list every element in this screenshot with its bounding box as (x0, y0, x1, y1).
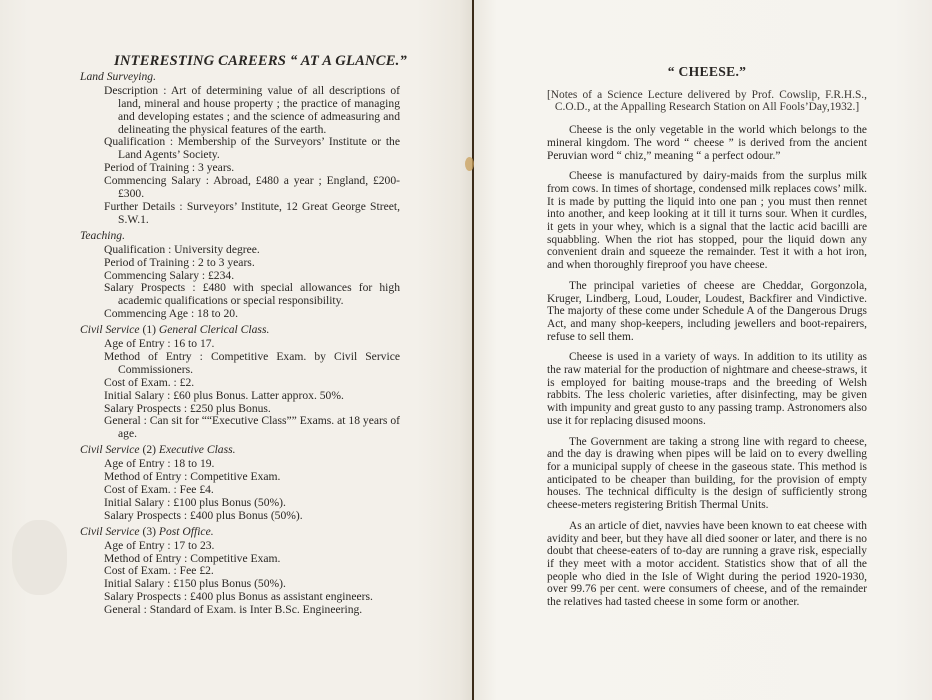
article-paragraph: Cheese is manufactured by dairy-maids fr… (547, 170, 867, 272)
career-entry: Period of Training : 2 to 3 years. (104, 257, 400, 270)
career-entry: Initial Salary : £60 plus Bonus. Latter … (104, 390, 400, 403)
heading-part: Post Office. (159, 525, 214, 538)
article-paragraph: Cheese is the only vegetable in the worl… (547, 124, 867, 162)
career-entry: Qualification : Membership of the Survey… (104, 136, 400, 162)
career-entry: Salary Prospects : £400 plus Bonus (50%)… (104, 510, 400, 523)
article-paragraph: As an article of diet, navvies have been… (547, 520, 867, 609)
career-entry: Cost of Exam. : Fee £4. (104, 484, 400, 497)
article-paragraph: The Government are taking a strong line … (547, 436, 867, 512)
section-heading-teaching: Teaching. (80, 230, 400, 243)
heading-number: (3) (140, 525, 159, 538)
section-heading-civil-service-2: Civil Service (2) Executive Class. (80, 444, 400, 457)
career-entry: General : Can sit for ““Executive Class”… (104, 415, 400, 441)
heading-number: (2) (140, 443, 159, 456)
lecture-note: [Notes of a Science Lecture delivered by… (547, 89, 867, 114)
section-heading-civil-service-1: Civil Service (1) General Clerical Class… (80, 324, 400, 337)
career-entry: General : Standard of Exam. is Inter B.S… (104, 604, 400, 617)
heading-part: Executive Class. (159, 443, 236, 456)
career-entry: Description : Art of determining value o… (104, 85, 400, 137)
heading-number: (1) (140, 323, 159, 336)
article-paragraph: Cheese is used in a variety of ways. In … (547, 351, 867, 427)
heading-part: Civil Service (80, 323, 140, 336)
career-entry: Age of Entry : 16 to 17. (104, 338, 400, 351)
paper-stain (465, 157, 474, 171)
career-entry: Cost of Exam. : £2. (104, 377, 400, 390)
paper-smudge (12, 520, 67, 595)
careers-title: INTERESTING CAREERS “ AT A GLANCE.” (114, 55, 400, 68)
career-entry: Salary Prospects : £480 with special all… (104, 282, 400, 308)
heading-part: General Clerical Class. (159, 323, 269, 336)
career-entry: Method of Entry : Competitive Exam. by C… (104, 351, 400, 377)
career-entry: Commencing Salary : Abroad, £480 a year … (104, 175, 400, 201)
career-entry: Further Details : Surveyors’ Institute, … (104, 201, 400, 227)
career-entry: Initial Salary : £100 plus Bonus (50%). (104, 497, 400, 510)
book-gutter-fold (472, 0, 474, 700)
heading-part: Civil Service (80, 443, 140, 456)
heading-part: Civil Service (80, 525, 140, 538)
section-heading-land-surveying: Land Surveying. (80, 71, 400, 84)
career-entry: Qualification : University degree. (104, 244, 400, 257)
article-paragraph: The principal varieties of cheese are Ch… (547, 280, 867, 344)
section-heading-civil-service-3: Civil Service (3) Post Office. (80, 526, 400, 539)
cheese-title: “ CHEESE.” (547, 66, 867, 79)
cheese-article: “ CHEESE.” [Notes of a Science Lecture d… (547, 66, 867, 617)
career-entry: Commencing Age : 18 to 20. (104, 308, 400, 321)
booklet-spread: INTERESTING CAREERS “ AT A GLANCE.” Land… (0, 0, 932, 700)
career-entry: Age of Entry : 17 to 23. (104, 540, 400, 553)
careers-article: INTERESTING CAREERS “ AT A GLANCE.” Land… (80, 55, 400, 617)
